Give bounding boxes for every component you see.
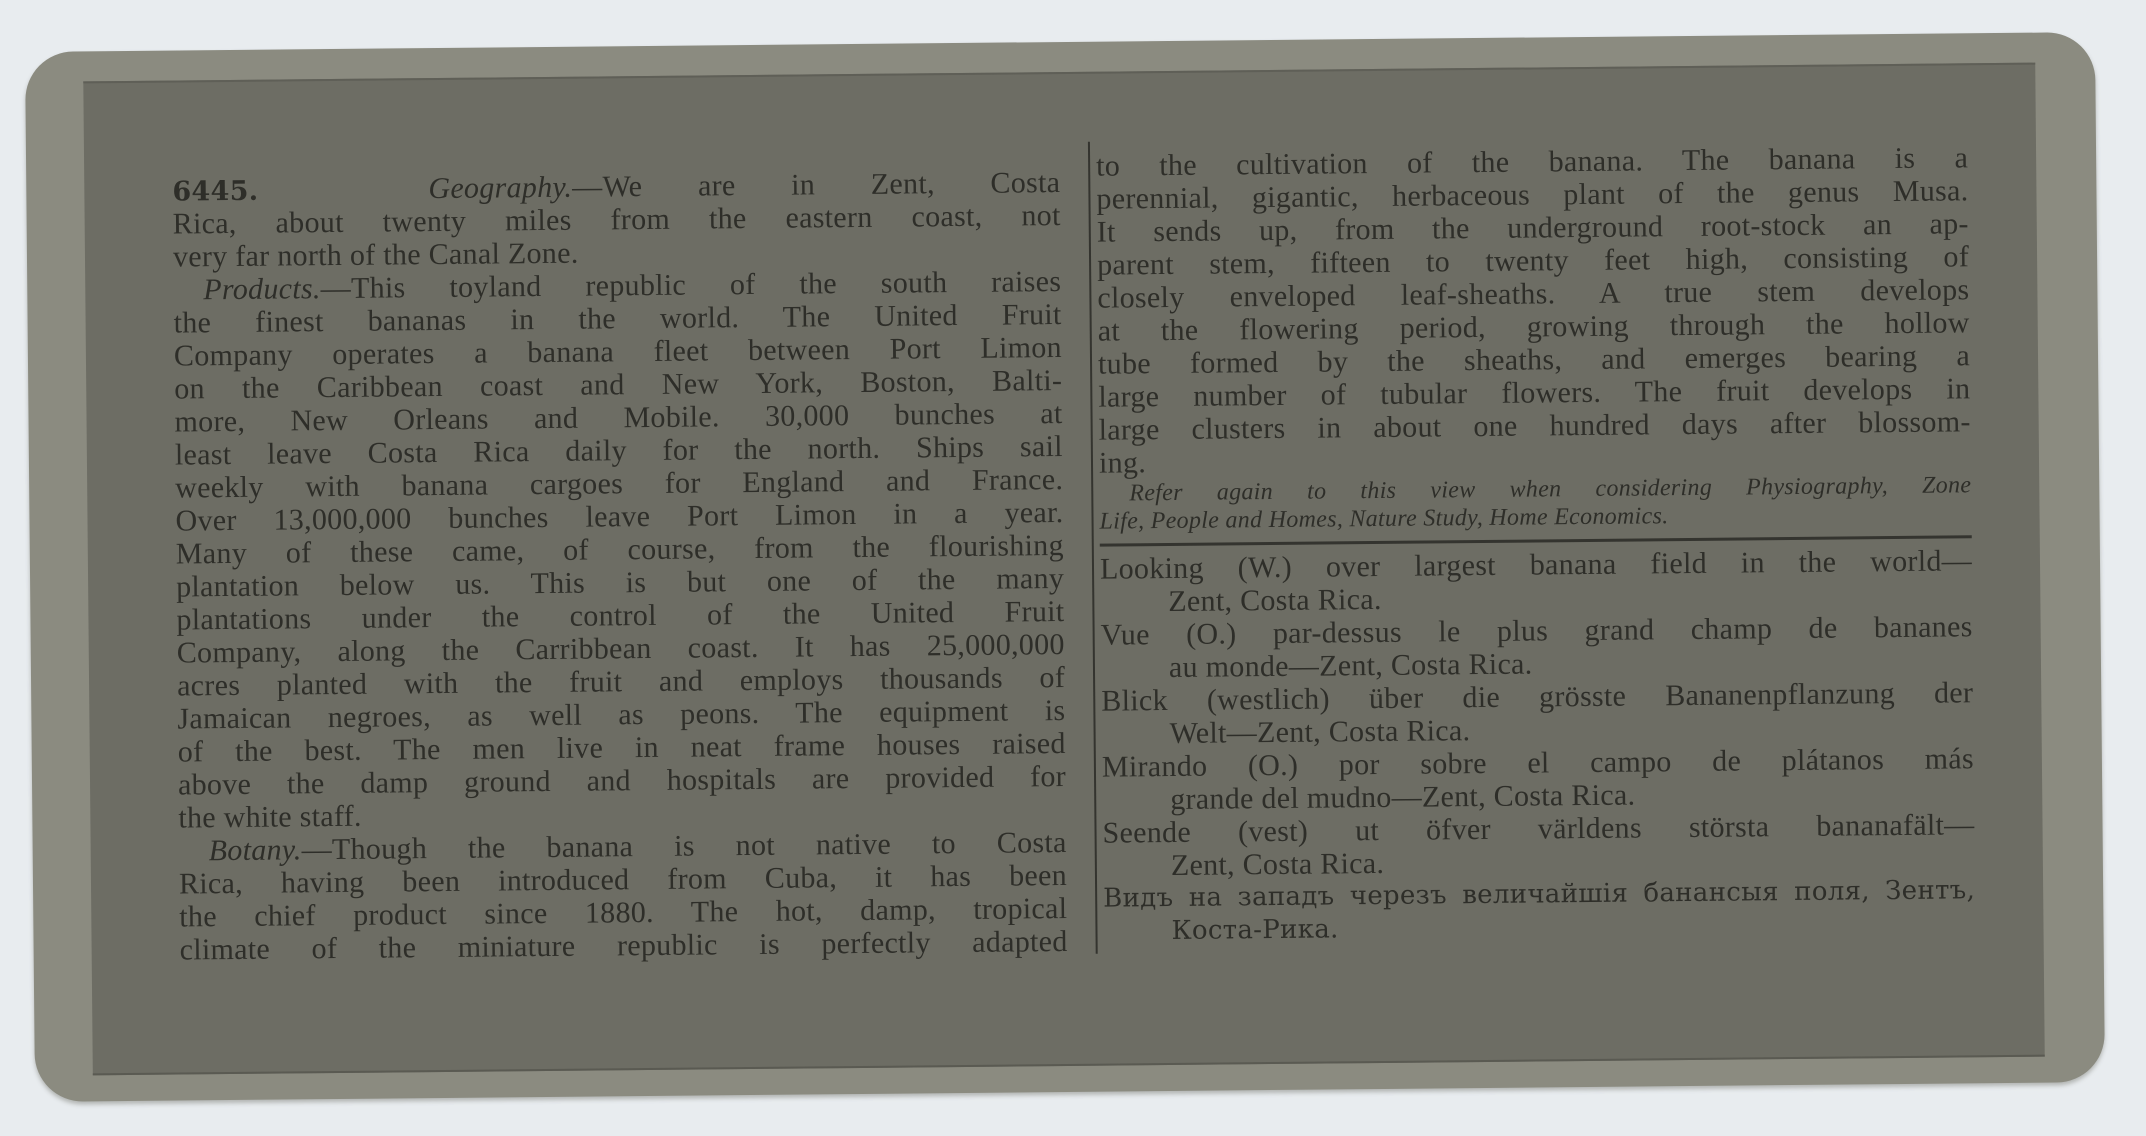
caption-russian: Видъ на западъ черезъ величайшія банансы… [1103,874,1976,948]
refer-again-note: Refer again to this view when considerin… [1099,471,1971,535]
geography-text: —We are in Zent, Costa [572,166,1060,204]
caption-spanish: Mirando (O.) por sobre el campo de pláta… [1102,742,1975,816]
caption-german: Blick (westlich) über die grösste Banane… [1101,676,1974,750]
caption-line: Коста-Рика. [1103,907,1975,948]
text-panel: 6445.Geography.—We are in Zent, Costa Ri… [83,63,2044,1076]
caption-swedish: Seende (vest) ut öfver världens största … [1102,808,1975,882]
view-number: 6445. [172,176,258,208]
right-column: to the cultivation of the banana. The ba… [1096,141,1976,948]
caption-french: Vue (O.) par-dessus le plus grand champ … [1100,610,1973,684]
products-heading: Products. [203,272,321,306]
caption-english: Looking (W.) over largest banana field i… [1100,544,1973,618]
stereoview-card-back: 6445.Geography.—We are in Zent, Costa Ri… [25,32,2105,1102]
left-column: 6445.Geography.—We are in Zent, Costa Ri… [172,166,1068,966]
geography-heading: Geography. [428,171,572,205]
botany-heading: Botany. [209,833,302,867]
